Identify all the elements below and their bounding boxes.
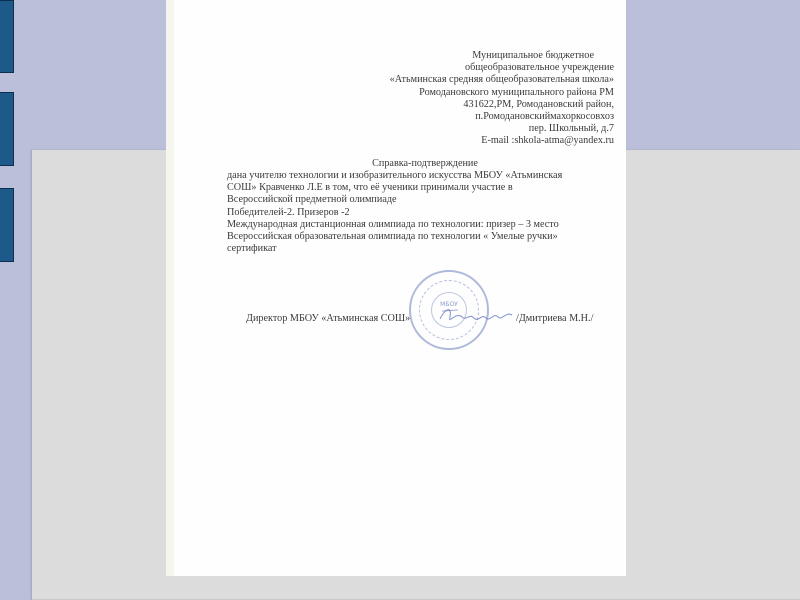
letterhead-line: п.Ромодановскиймахоркосовхоз — [354, 111, 614, 123]
decorative-tab — [0, 92, 14, 166]
document-body: дана учителю технологии и изобразительно… — [227, 170, 627, 255]
letterhead-line: общеобразовательное учреждение — [354, 62, 614, 74]
letterhead-line: Муниципальное бюджетное — [354, 50, 594, 62]
body-line: Всероссийской предметной олимпиаде — [227, 194, 627, 206]
decorative-tab — [0, 188, 14, 262]
signatory-position: Директор МБОУ «Атьминская СОШ» — [246, 313, 410, 324]
body-line: Всероссийская образовательная олимпиада … — [227, 231, 627, 243]
letterhead-email: E-mail :shkola-atma@yandex.ru — [354, 135, 614, 147]
body-line: Международная дистанционная олимпиада по… — [227, 219, 627, 231]
decorative-tab — [0, 0, 14, 73]
body-line: СОШ» Кравченко Л.Е в том, что её ученики… — [227, 182, 627, 194]
handwritten-signature — [436, 303, 516, 329]
letterhead-line: «Атьминская средняя общеобразовательная … — [354, 74, 614, 86]
letterhead-line: пер. Школьный, д.7 — [354, 123, 614, 135]
scanned-document: Муниципальное бюджетное общеобразователь… — [166, 0, 626, 576]
letterhead-line: Ромодановского муниципального района РМ — [354, 87, 614, 99]
document-title: Справка-подтверждение — [199, 158, 651, 170]
body-line: дана учителю технологии и изобразительно… — [227, 170, 627, 182]
letterhead-line: 431622,РМ, Ромодановский район, — [354, 99, 614, 111]
signatory-name: /Дмитриева М.Н./ — [516, 313, 593, 325]
body-line: сертификат — [227, 243, 627, 255]
letterhead: Муниципальное бюджетное общеобразователь… — [354, 50, 614, 148]
body-line: Победителей-2. Призеров -2 — [227, 207, 627, 219]
signature-row: Директор МБОУ «Атьминская СОШ» /Дмитриев… — [246, 313, 410, 325]
